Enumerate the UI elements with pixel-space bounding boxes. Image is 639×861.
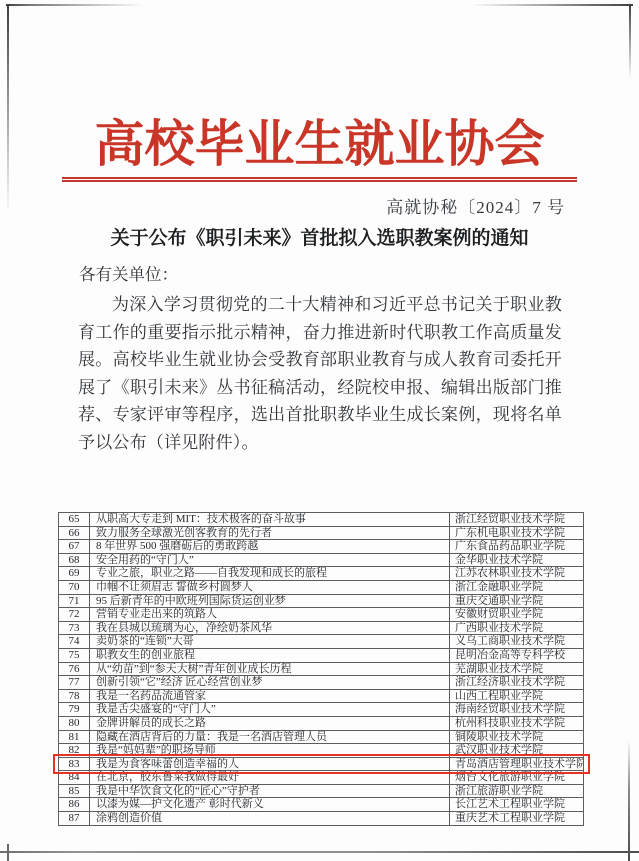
scan-edge-right-top — [629, 4, 631, 79]
scan-edge-top — [6, 4, 633, 6]
case-institution-cell: 广东机电职业技术学院 — [450, 526, 584, 540]
table-row: 86 以漆为媒—护文化遗产 彰时代新义 长江艺术工程职业学院 — [59, 798, 584, 812]
case-number-cell: 73 — [59, 621, 90, 635]
case-number-cell: 71 — [59, 594, 90, 608]
case-title-cell: 我是舌尖盛宴的“守门人” — [90, 703, 450, 717]
case-institution-cell: 重庆交通职业学院 — [450, 594, 584, 608]
case-number-cell: 75 — [59, 648, 90, 662]
case-institution-cell: 义乌工商职业技术学院 — [450, 635, 584, 649]
case-title-cell: 我是中华饮食文化的“匠心”守护者 — [90, 784, 450, 798]
case-title-cell: 95 后新青年的中欧班列国际货运创业梦 — [90, 594, 450, 608]
doc-number: 高就协秘〔2024〕7 号 — [386, 193, 565, 218]
case-title-cell: 从职高大专走到 MIT：技术极客的奋斗故事 — [90, 513, 450, 527]
case-title-cell: 隐藏在酒店背后的力量：我是一名酒店管理人员 — [90, 730, 450, 744]
table-row: 73 我在县城以琉璃为心，净绘奶茶风华 广西职业技术学院 — [59, 621, 584, 635]
case-institution-cell: 青岛酒店管理职业技术学院 — [450, 757, 584, 771]
table-row: 87 涂鸦创造价值 重庆艺术工程职业学院 — [59, 812, 584, 826]
case-title-cell: 巾帼不让须眉志 誓做乡村圆梦人 — [90, 580, 450, 594]
case-title-cell: 在北京，胶东鲁菜我做得最好 — [90, 771, 450, 785]
case-institution-cell: 浙江旅游职业学院 — [450, 784, 584, 798]
case-number-cell: 67 — [59, 540, 90, 554]
case-institution-cell: 广西职业技术学院 — [450, 621, 584, 635]
table-row: 80 金牌讲解员的成长之路 杭州科技职业技术学院 — [59, 716, 584, 730]
case-institution-cell: 浙江金融职业学院 — [450, 580, 584, 594]
case-number-cell: 65 — [59, 513, 90, 527]
case-title-cell: 我是“妈妈辈”的职场导师 — [90, 744, 450, 758]
scan-edge-bottom — [0, 851, 639, 853]
table-row: 78 我是一名药品流通管家 山西工程职业学院 — [59, 689, 584, 703]
table-row: 72 营销专业走出来的筑路人 安徽财贸职业学院 — [59, 608, 584, 622]
table-row: 79 我是舌尖盛宴的“守门人” 海南经贸职业技术学院 — [59, 703, 584, 717]
case-title-cell: 致力服务全球激光创客教育的先行者 — [90, 526, 450, 540]
table-row: 77 创新引领“它”经济 匠心经营创业梦 浙江经济职业技术学院 — [59, 676, 584, 690]
case-number-cell: 85 — [59, 784, 90, 798]
table-row: 83 我是为食客味蕾创造幸福的人 青岛酒店管理职业技术学院 — [59, 757, 584, 771]
case-title-cell: 专业之旅，职业之路——自我发现和成长的旅程 — [90, 567, 450, 581]
case-number-cell: 86 — [59, 798, 90, 812]
body-paragraph: 为深入学习贯彻党的二十大精神和习近平总书记关于职业教育工作的重要指示批示精神，奋… — [78, 291, 562, 457]
case-title-cell: 从“幼苗”到“参天大树”青年创业成长历程 — [90, 662, 450, 676]
case-number-cell: 76 — [59, 662, 90, 676]
case-institution-cell: 安徽财贸职业学院 — [450, 608, 584, 622]
case-institution-cell: 山西工程职业学院 — [450, 689, 584, 703]
case-title-cell: 职教女生的创业旅程 — [90, 648, 450, 662]
case-institution-cell: 武汉职业技术学院 — [450, 744, 584, 758]
case-number-cell: 84 — [59, 771, 90, 785]
case-number-cell: 81 — [59, 730, 90, 744]
table-row: 81 隐藏在酒店背后的力量：我是一名酒店管理人员 铜陵职业技术学院 — [59, 730, 584, 744]
case-institution-cell: 海南经贸职业技术学院 — [450, 703, 584, 717]
case-institution-cell: 江苏农林职业技术学院 — [450, 567, 584, 581]
case-institution-cell: 昆明冶金高等专科学校 — [450, 648, 584, 662]
table-row: 76 从“幼苗”到“参天大树”青年创业成长历程 芜湖职业技术学院 — [59, 662, 584, 676]
case-number-cell: 87 — [59, 812, 90, 826]
table-row: 84 在北京，胶东鲁菜我做得最好 烟台文化旅游职业学院 — [59, 771, 584, 785]
case-title-cell: 我是为食客味蕾创造幸福的人 — [90, 757, 450, 771]
cases-table: 65 从职高大专走到 MIT：技术极客的奋斗故事 浙江经贸职业技术学院 66 致… — [58, 512, 584, 826]
case-institution-cell: 浙江经贸职业技术学院 — [450, 513, 584, 527]
notice-title: 关于公布《职引未来》首批拟入选职教案例的通知 — [0, 223, 639, 250]
case-institution-cell: 烟台文化旅游职业学院 — [450, 771, 584, 785]
table-row: 75 职教女生的创业旅程 昆明冶金高等专科学校 — [59, 648, 584, 662]
masthead-title: 高校毕业生就业协会 — [0, 104, 639, 176]
case-institution-cell: 杭州科技职业技术学院 — [450, 716, 584, 730]
table-row: 70 巾帼不让须眉志 誓做乡村圆梦人 浙江金融职业学院 — [59, 580, 584, 594]
table-row: 71 95 后新青年的中欧班列国际货运创业梦 重庆交通职业学院 — [59, 594, 584, 608]
table-row: 74 卖奶茶的“连锁”大哥 义乌工商职业技术学院 — [59, 635, 584, 649]
case-number-cell: 77 — [59, 676, 90, 690]
case-title-cell: 创新引领“它”经济 匠心经营创业梦 — [90, 676, 450, 690]
table-row: 82 我是“妈妈辈”的职场导师 武汉职业技术学院 — [59, 744, 584, 758]
case-institution-cell: 金华职业技术学院 — [450, 553, 584, 567]
case-title-cell: 我在县城以琉璃为心，净绘奶茶风华 — [90, 621, 450, 635]
case-title-cell: 8 年世界 500 强磨砺后的勇敢跨越 — [90, 540, 450, 554]
case-number-cell: 83 — [59, 757, 90, 771]
scan-edge-left-tick — [7, 844, 9, 861]
case-number-cell: 80 — [59, 716, 90, 730]
case-number-cell: 82 — [59, 744, 90, 758]
table-row: 67 8 年世界 500 强磨砺后的勇敢跨越 广东食品药品职业学院 — [59, 540, 584, 554]
salutation: 各有关单位： — [79, 261, 178, 285]
table-row: 68 安全用药的“守门人” 金华职业技术学院 — [59, 553, 584, 567]
case-institution-cell: 重庆艺术工程职业学院 — [450, 812, 584, 826]
case-number-cell: 70 — [59, 580, 90, 594]
table-row: 85 我是中华饮食文化的“匠心”守护者 浙江旅游职业学院 — [59, 784, 584, 798]
document-page: 高校毕业生就业协会 高就协秘〔2024〕7 号 关于公布《职引未来》首批拟入选职… — [0, 0, 639, 861]
table-row: 69 专业之旅，职业之路——自我发现和成长的旅程 江苏农林职业技术学院 — [59, 567, 584, 581]
case-institution-cell: 广东食品药品职业学院 — [450, 540, 584, 554]
case-number-cell: 66 — [59, 526, 90, 540]
red-double-rule — [62, 177, 577, 182]
case-institution-cell: 浙江经济职业技术学院 — [450, 676, 584, 690]
case-title-cell: 金牌讲解员的成长之路 — [90, 716, 450, 730]
case-title-cell: 涂鸦创造价值 — [90, 812, 450, 826]
case-number-cell: 69 — [59, 567, 90, 581]
case-number-cell: 78 — [59, 689, 90, 703]
table-row: 66 致力服务全球激光创客教育的先行者 广东机电职业技术学院 — [59, 526, 584, 540]
case-institution-cell: 长江艺术工程职业学院 — [450, 798, 584, 812]
scan-edge-right-bottom — [628, 740, 630, 861]
case-number-cell: 74 — [59, 635, 90, 649]
case-institution-cell: 芜湖职业技术学院 — [450, 662, 584, 676]
case-title-cell: 以漆为媒—护文化遗产 彰时代新义 — [90, 798, 450, 812]
case-number-cell: 68 — [59, 553, 90, 567]
case-institution-cell: 铜陵职业技术学院 — [450, 730, 584, 744]
case-number-cell: 79 — [59, 703, 90, 717]
cases-table-body: 65 从职高大专走到 MIT：技术极客的奋斗故事 浙江经贸职业技术学院 66 致… — [59, 513, 584, 826]
case-title-cell: 安全用药的“守门人” — [90, 553, 450, 567]
case-title-cell: 卖奶茶的“连锁”大哥 — [90, 635, 450, 649]
case-title-cell: 营销专业走出来的筑路人 — [90, 608, 450, 622]
case-title-cell: 我是一名药品流通管家 — [90, 689, 450, 703]
case-number-cell: 72 — [59, 608, 90, 622]
table-row: 65 从职高大专走到 MIT：技术极客的奋斗故事 浙江经贸职业技术学院 — [59, 513, 584, 527]
